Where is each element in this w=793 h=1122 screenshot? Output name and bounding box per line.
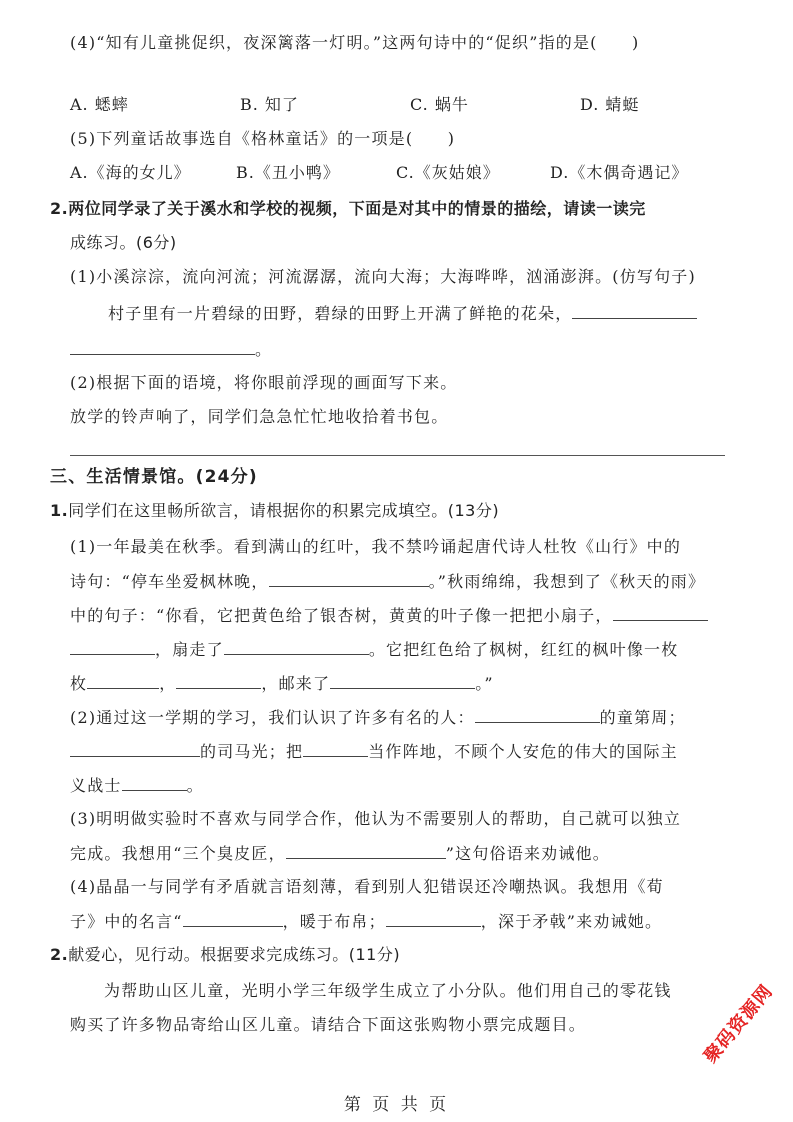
watermark: 聚码资源网 [697, 978, 778, 1067]
p3q1-s1-line5: 枚，，邮来了。” [70, 672, 494, 695]
p3q2-paragraph-line1: 为帮助山区儿童，光明小学三年级学生成立了小分队。他们用自己的零花钱 [104, 980, 672, 1002]
answer-blank[interactable] [183, 910, 283, 927]
p3q1-s1-line3: 中的句子：“你看，它把黄色给了银杏树，黄黄的叶子像一把把小扇子， [70, 604, 708, 627]
p3q1-s2-line1: (2)通过这一学期的学习，我们认识了许多有名的人：的童第周； [70, 706, 686, 729]
answer-blank[interactable] [176, 672, 261, 689]
answer-blank[interactable] [286, 842, 446, 859]
q4-option-d: D. 蜻蜓 [580, 94, 639, 116]
question-5: (5)下列童话故事选自《格林童话》的一项是( ) [70, 128, 455, 150]
q5-option-a: A.《海的女儿》 [70, 162, 191, 184]
question-2-heading-cont: 成练习。(6分) [70, 232, 177, 254]
part3-question-1: 1.同学们在这里畅所欲言，请根据你的积累完成填空。(13分) [50, 500, 499, 522]
p3q1-s3-line2: 完成。我想用“三个臭皮匠，”这句俗语来劝诫他。 [70, 842, 610, 865]
p3q2-paragraph-line2: 购买了许多物品寄给山区儿童。请结合下面这张购物小票完成题目。 [70, 1014, 586, 1036]
q2-sub1: (1)小溪淙淙，流向河流；河流潺潺，流向大海；大海哗哗，汹涌澎湃。(仿写句子) [70, 266, 696, 288]
answer-blank[interactable] [269, 570, 429, 587]
question-number: 2. [50, 199, 68, 218]
answer-blank[interactable] [613, 604, 708, 621]
q4-option-b: B. 知了 [240, 94, 299, 116]
q2-sub2-context: 放学的铃声响了，同学们急急忙忙地收拾着书包。 [70, 406, 448, 428]
q5-option-b: B.《丑小鸭》 [236, 162, 340, 184]
p3q1-s1-line1: (1)一年最美在秋季。看到满山的红叶，我不禁吟诵起唐代诗人杜牧《山行》中的 [70, 536, 681, 558]
p3q1-s4-line1: (4)晶晶一与同学有矛盾就言语刻薄，看到别人犯错误还冷嘲热讽。我想用《荀 [70, 876, 664, 898]
answer-blank[interactable] [224, 638, 369, 655]
q2-sub2: (2)根据下面的语境，将你眼前浮现的画面写下来。 [70, 372, 457, 394]
answer-blank[interactable] [87, 672, 159, 689]
question-4: (4)“知有儿童挑促织，夜深篱落一灯明。”这两句诗中的“促织”指的是( ) [70, 32, 639, 54]
answer-blank[interactable] [70, 338, 255, 355]
question-2-heading: 2.两位同学录了关于溪水和学校的视频，下面是对其中的情景的描绘，请读一读完 [50, 198, 646, 220]
q2-sub1-prompt: 村子里有一片碧绿的田野，碧绿的田野上开满了鲜艳的花朵， [108, 302, 697, 325]
p3q1-s1-line4: ，扇走了。它把红色给了枫树，红红的枫叶像一枚 [70, 638, 678, 661]
p3q1-s3-line1: (3)明明做实验时不喜欢与同学合作，他认为不需要别人的帮助，自己就可以独立 [70, 808, 681, 830]
answer-blank[interactable] [572, 302, 697, 319]
answer-blank[interactable] [122, 774, 187, 791]
p3q1-s4-line2: 子》中的名言“，暖于布帛；，深于矛戟”来劝诫她。 [70, 910, 662, 933]
p3q1-s2-line2: 的司马光；把当作阵地，不顾个人安危的伟大的国际主 [70, 740, 678, 763]
p3q1-s1-line2: 诗句：“停车坐爱枫林晚，。”秋雨绵绵，我想到了《秋天的雨》 [70, 570, 705, 593]
part3-question-2: 2.献爱心，见行动。根据要求完成练习。(11分) [50, 944, 400, 966]
p3q1-s2-line3: 义战士。 [70, 774, 204, 797]
section-heading: 三、生活情景馆。(24分) [50, 466, 258, 488]
q5-option-c: C.《灰姑娘》 [396, 162, 500, 184]
answer-blank[interactable] [303, 740, 368, 757]
answer-blank[interactable] [70, 740, 200, 757]
q4-option-c: C. 蜗牛 [410, 94, 469, 116]
answer-line[interactable] [70, 455, 725, 456]
q5-option-d: D.《木偶奇遇记》 [550, 162, 688, 184]
page-footer: 第 页 共 页 [0, 1090, 793, 1115]
q2-sub1-cont: 。 [70, 338, 272, 361]
q4-option-a: A. 蟋蟀 [70, 94, 129, 116]
answer-blank[interactable] [330, 672, 475, 689]
answer-blank[interactable] [475, 706, 600, 723]
answer-blank[interactable] [386, 910, 481, 927]
answer-blank[interactable] [70, 638, 155, 655]
